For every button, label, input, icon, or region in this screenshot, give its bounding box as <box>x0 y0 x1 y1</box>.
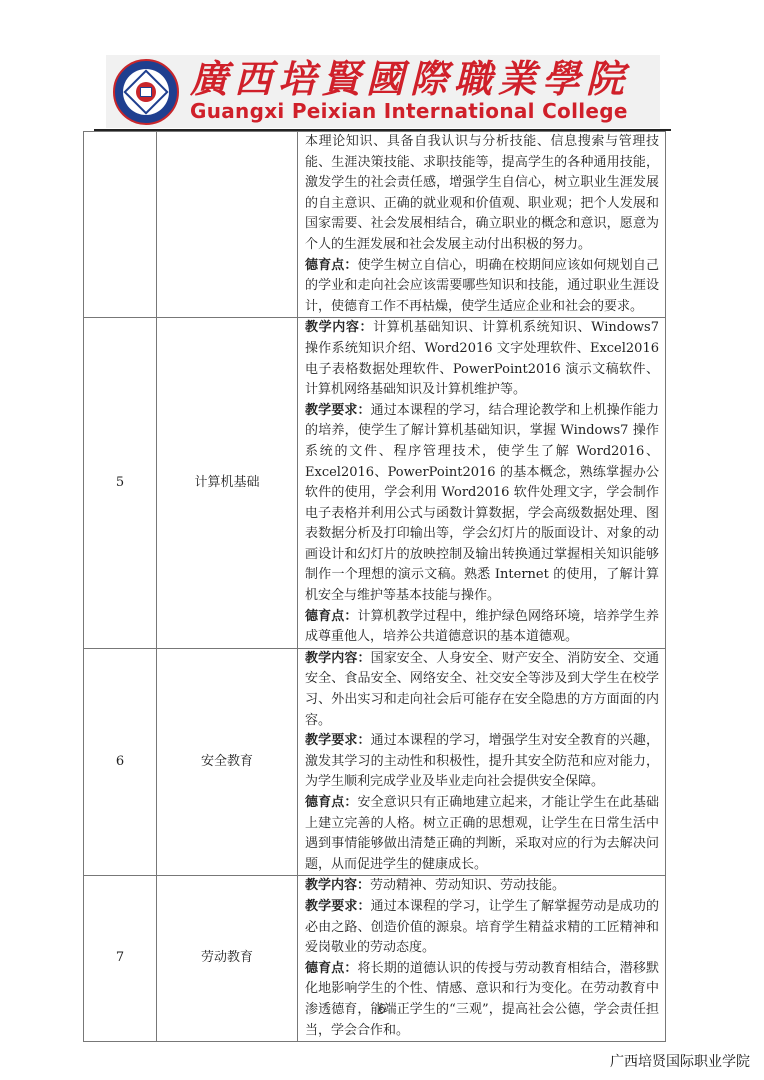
course-description: 教学内容：劳动精神、劳动知识、劳动技能。 教学要求：通过本课程的学习，让学生了解… <box>298 876 666 1042</box>
course-description: 教学内容：计算机基础知识、计算机系统知识、Windows7 操作系统知识介绍、W… <box>298 318 666 649</box>
footer-college-name: 广西培贤国际职业学院 <box>610 1051 750 1071</box>
table-row: 6 安全教育 教学内容：国家安全、人身安全、财产安全、消防安全、交通安全、食品安… <box>84 648 666 876</box>
college-header-banner: 廣西培賢國際職業學院 Guangxi Peixian International… <box>106 55 660 128</box>
description-paragraph: 教学要求：通过本课程的学习，让学生了解掌握劳动是成功的必由之路、创造价值的源泉。… <box>305 897 659 959</box>
description-paragraph: 教学要求：通过本课程的学习，结合理论教学和上机操作能力的培养，使学生了解计算机基… <box>305 401 659 607</box>
description-paragraph: 教学内容：国家安全、人身安全、财产安全、消防安全、交通安全、食品安全、网络安全、… <box>305 649 659 731</box>
description-paragraph: 教学内容：计算机基础知识、计算机系统知识、Windows7 操作系统知识介绍、W… <box>305 318 659 400</box>
course-name: 安全教育 <box>157 648 298 876</box>
course-description: 本理论知识、具备自我认识与分析技能、信息搜索与管理技能、生涯决策技能、求职技能等… <box>298 132 666 318</box>
description-paragraph: 教学要求：通过本课程的学习，增强学生对安全教育的兴趣，激发其学习的主动性和积极性… <box>305 731 659 793</box>
description-paragraph: 德育点：将长期的道德认识的传授与劳动教育相结合，潜移默化地影响学生的个性、情感、… <box>305 959 659 1041</box>
description-paragraph: 教学内容：劳动精神、劳动知识、劳动技能。 <box>305 876 659 897</box>
course-number <box>84 132 157 318</box>
course-description: 教学内容：国家安全、人身安全、财产安全、消防安全、交通安全、食品安全、网络安全、… <box>298 648 666 876</box>
college-emblem-icon <box>113 59 179 125</box>
description-paragraph: 德育点：计算机教学过程中，维护绿色网络环境，培养学生养成尊重他人，培养公共道德意… <box>305 607 659 648</box>
table-row: 7 劳动教育 教学内容：劳动精神、劳动知识、劳动技能。 教学要求：通过本课程的学… <box>84 876 666 1042</box>
course-name: 劳动教育 <box>157 876 298 1042</box>
college-name-chinese: 廣西培賢國際職業學院 <box>190 57 630 101</box>
table-row: 本理论知识、具备自我认识与分析技能、信息搜索与管理技能、生涯决策技能、求职技能等… <box>84 132 666 318</box>
page-number: 6 <box>0 1002 764 1016</box>
course-number: 7 <box>84 876 157 1042</box>
course-name: 计算机基础 <box>157 318 298 649</box>
course-table: 本理论知识、具备自我认识与分析技能、信息搜索与管理技能、生涯决策技能、求职技能等… <box>83 131 666 1042</box>
course-number: 6 <box>84 648 157 876</box>
description-paragraph: 本理论知识、具备自我认识与分析技能、信息搜索与管理技能、生涯决策技能、求职技能等… <box>305 132 659 256</box>
description-paragraph: 德育点：使学生树立自信心，明确在校期间应该如何规划自己的学业和走向社会应该需要哪… <box>305 256 659 318</box>
course-number: 5 <box>84 318 157 649</box>
description-paragraph: 德育点：安全意识只有正确地建立起来，才能让学生在此基础上建立完善的人格。树立正确… <box>305 793 659 875</box>
book-icon <box>140 87 152 97</box>
table-row: 5 计算机基础 教学内容：计算机基础知识、计算机系统知识、Windows7 操作… <box>84 318 666 649</box>
course-name <box>157 132 298 318</box>
college-name-english: Guangxi Peixian International College <box>190 99 628 123</box>
